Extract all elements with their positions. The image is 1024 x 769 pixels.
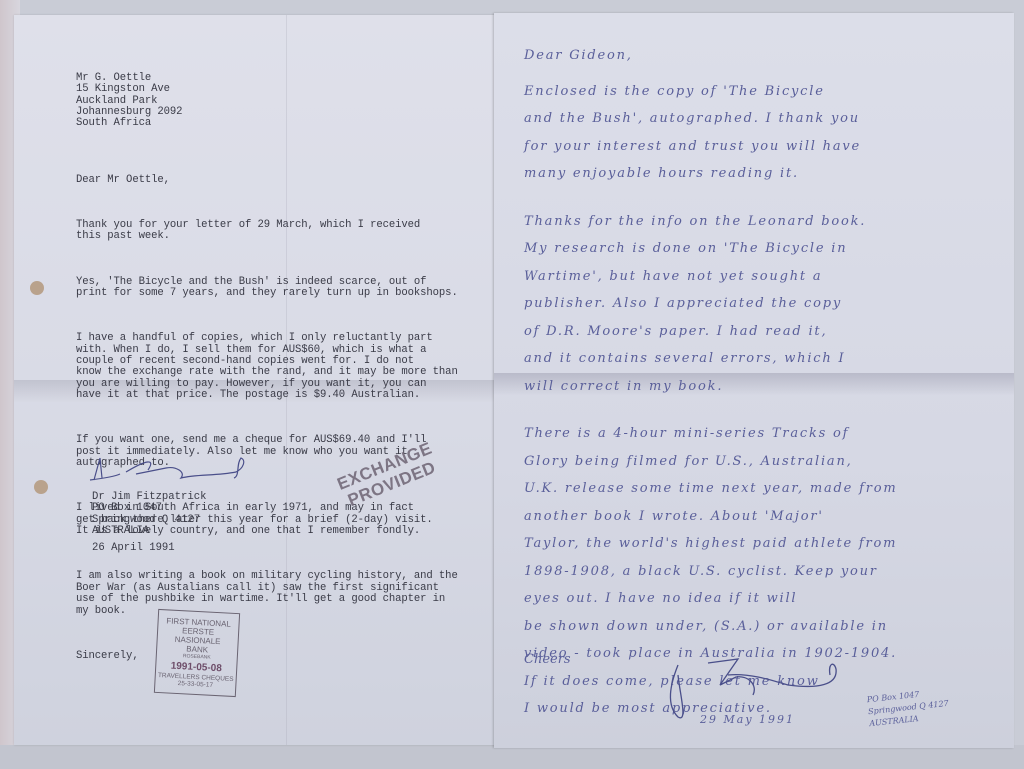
- text-line: for your interest and trust you will hav…: [524, 133, 1004, 161]
- address-line: PO Box 1047: [92, 502, 162, 514]
- text-line: and it contains several errors, which I: [524, 345, 1004, 373]
- punch-hole-icon: [30, 281, 44, 295]
- paragraph: Thanks for the info on the Leonard book.…: [524, 208, 1004, 401]
- text-line: will correct in my book.: [524, 373, 1004, 401]
- text-line: Thanks for the info on the Leonard book.: [524, 208, 1004, 236]
- text-line: There is a 4-hour mini-series Tracks of: [524, 420, 1004, 448]
- paragraph: Yes, 'The Bicycle and the Bush' is indee…: [76, 277, 496, 300]
- text-line: eyes out. I have no idea if it will: [524, 585, 1004, 613]
- text-line: 1898-1908, a black U.S. cyclist. Keep yo…: [524, 558, 1004, 586]
- text-line: Taylor, the world's highest paid athlete…: [524, 530, 1004, 558]
- typed-letter-body: Mr G. Oettle 15 Kingston Ave Auckland Pa…: [76, 50, 496, 685]
- paragraph: Enclosed is the copy of 'The Bicycle and…: [524, 78, 1004, 188]
- salutation: Dear Gideon,: [524, 42, 1004, 70]
- text-line: of D.R. Moore's paper. I had read it,: [524, 318, 1004, 346]
- address-line: Dr Jim Fitzpatrick: [92, 491, 206, 503]
- signature-icon: [86, 450, 256, 490]
- text-line: another book I wrote. About 'Major': [524, 503, 1004, 531]
- bank-stamp: FIRST NATIONAL EERSTE NASIONALE BANK ROS…: [154, 609, 240, 697]
- text-line: My research is done on 'The Bicycle in: [524, 235, 1004, 263]
- handwritten-letter-body: Dear Gideon, Enclosed is the copy of 'Th…: [524, 42, 1004, 743]
- letter-date: 26 April 1991: [92, 543, 175, 554]
- address-line: 15 Kingston Ave: [76, 83, 170, 95]
- address-line: AUSTRALIA: [92, 525, 149, 537]
- text-line: and the Bush', autographed. I thank you: [524, 105, 1004, 133]
- address-line: Auckland Park: [76, 95, 157, 107]
- text-line: be shown down under, (S.A.) or available…: [524, 613, 1004, 641]
- address-line: Mr G. Oettle: [76, 72, 151, 84]
- sender-address: Dr Jim Fitzpatrick PO Box 1047 Springwoo…: [92, 492, 206, 538]
- text-line: Wartime', but have not yet sought a: [524, 263, 1004, 291]
- text-line: publisher. Also I appreciated the copy: [524, 290, 1004, 318]
- text-line: Glory being filmed for U.S., Australian,: [524, 448, 1004, 476]
- text-line: many enjoyable hours reading it.: [524, 160, 1004, 188]
- closing: Cheers: [524, 652, 571, 667]
- paragraph: Thank you for your letter of 29 March, w…: [76, 220, 496, 243]
- paragraph: I am also writing a book on military cyc…: [76, 571, 496, 617]
- text-line: U.K. release some time next year, made f…: [524, 475, 1004, 503]
- handwritten-date: 29 May 1991: [700, 713, 795, 726]
- address-line: South Africa: [76, 117, 151, 129]
- punch-hole-icon: [34, 480, 48, 494]
- text-line: Enclosed is the copy of 'The Bicycle: [524, 78, 1004, 106]
- address-line: Springwood Q 4127: [92, 514, 200, 526]
- closing: Sincerely,: [76, 651, 496, 662]
- recipient-address: Mr G. Oettle 15 Kingston Ave Auckland Pa…: [76, 73, 496, 130]
- salutation: Dear Mr Oettle,: [76, 175, 496, 186]
- address-line: Johannesburg 2092: [76, 106, 182, 118]
- background-surface-bottom: [0, 745, 1024, 769]
- paragraph: I have a handful of copies, which I only…: [76, 333, 496, 401]
